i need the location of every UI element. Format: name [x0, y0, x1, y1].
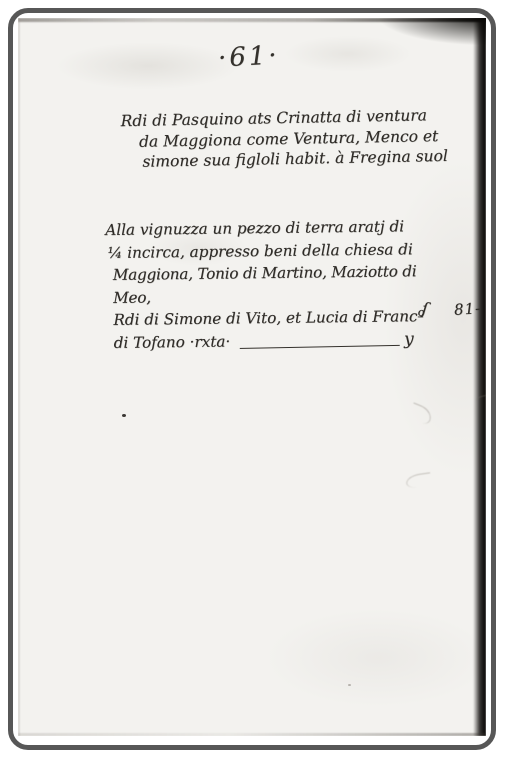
- entry-2-line-4: Rdi di Simone di Vito, et Lucia di Franc…: [113, 305, 438, 332]
- page-edge-left: [18, 18, 20, 736]
- paper-speck: [348, 684, 351, 686]
- entry-2-line-3: Maggiona, Tonio di Martino, Maziotto di …: [113, 260, 439, 309]
- margin-amount: 81-: [453, 299, 481, 319]
- ink-dot: [122, 414, 126, 417]
- showthrough-mark-1: [408, 402, 434, 425]
- page-edge-right: [473, 18, 486, 736]
- showthrough-mark-2: [405, 472, 432, 488]
- entry-2-line-5: di Tofano ·rxta· y: [114, 328, 414, 354]
- manuscript-page: ·61· Rdi di Pasquino ats Crinatta di ven…: [18, 18, 486, 736]
- folio-number: ·61·: [217, 40, 280, 73]
- filler-rule: [239, 344, 399, 348]
- page-corner-shadow: [379, 18, 486, 45]
- entry-2: Alla vignuzza un pezzo di terra aratj di…: [103, 215, 439, 355]
- page-edge-bottom: [18, 733, 486, 736]
- entry-2-line-5-text: di Tofano ·rxta·: [114, 330, 231, 354]
- entry-2-end-mark: y: [404, 328, 414, 351]
- entry-1: Rdi di Pasquino ats Crinatta di ventura …: [120, 105, 451, 173]
- scan-viewer: ·61· Rdi di Pasquino ats Crinatta di ven…: [0, 0, 508, 760]
